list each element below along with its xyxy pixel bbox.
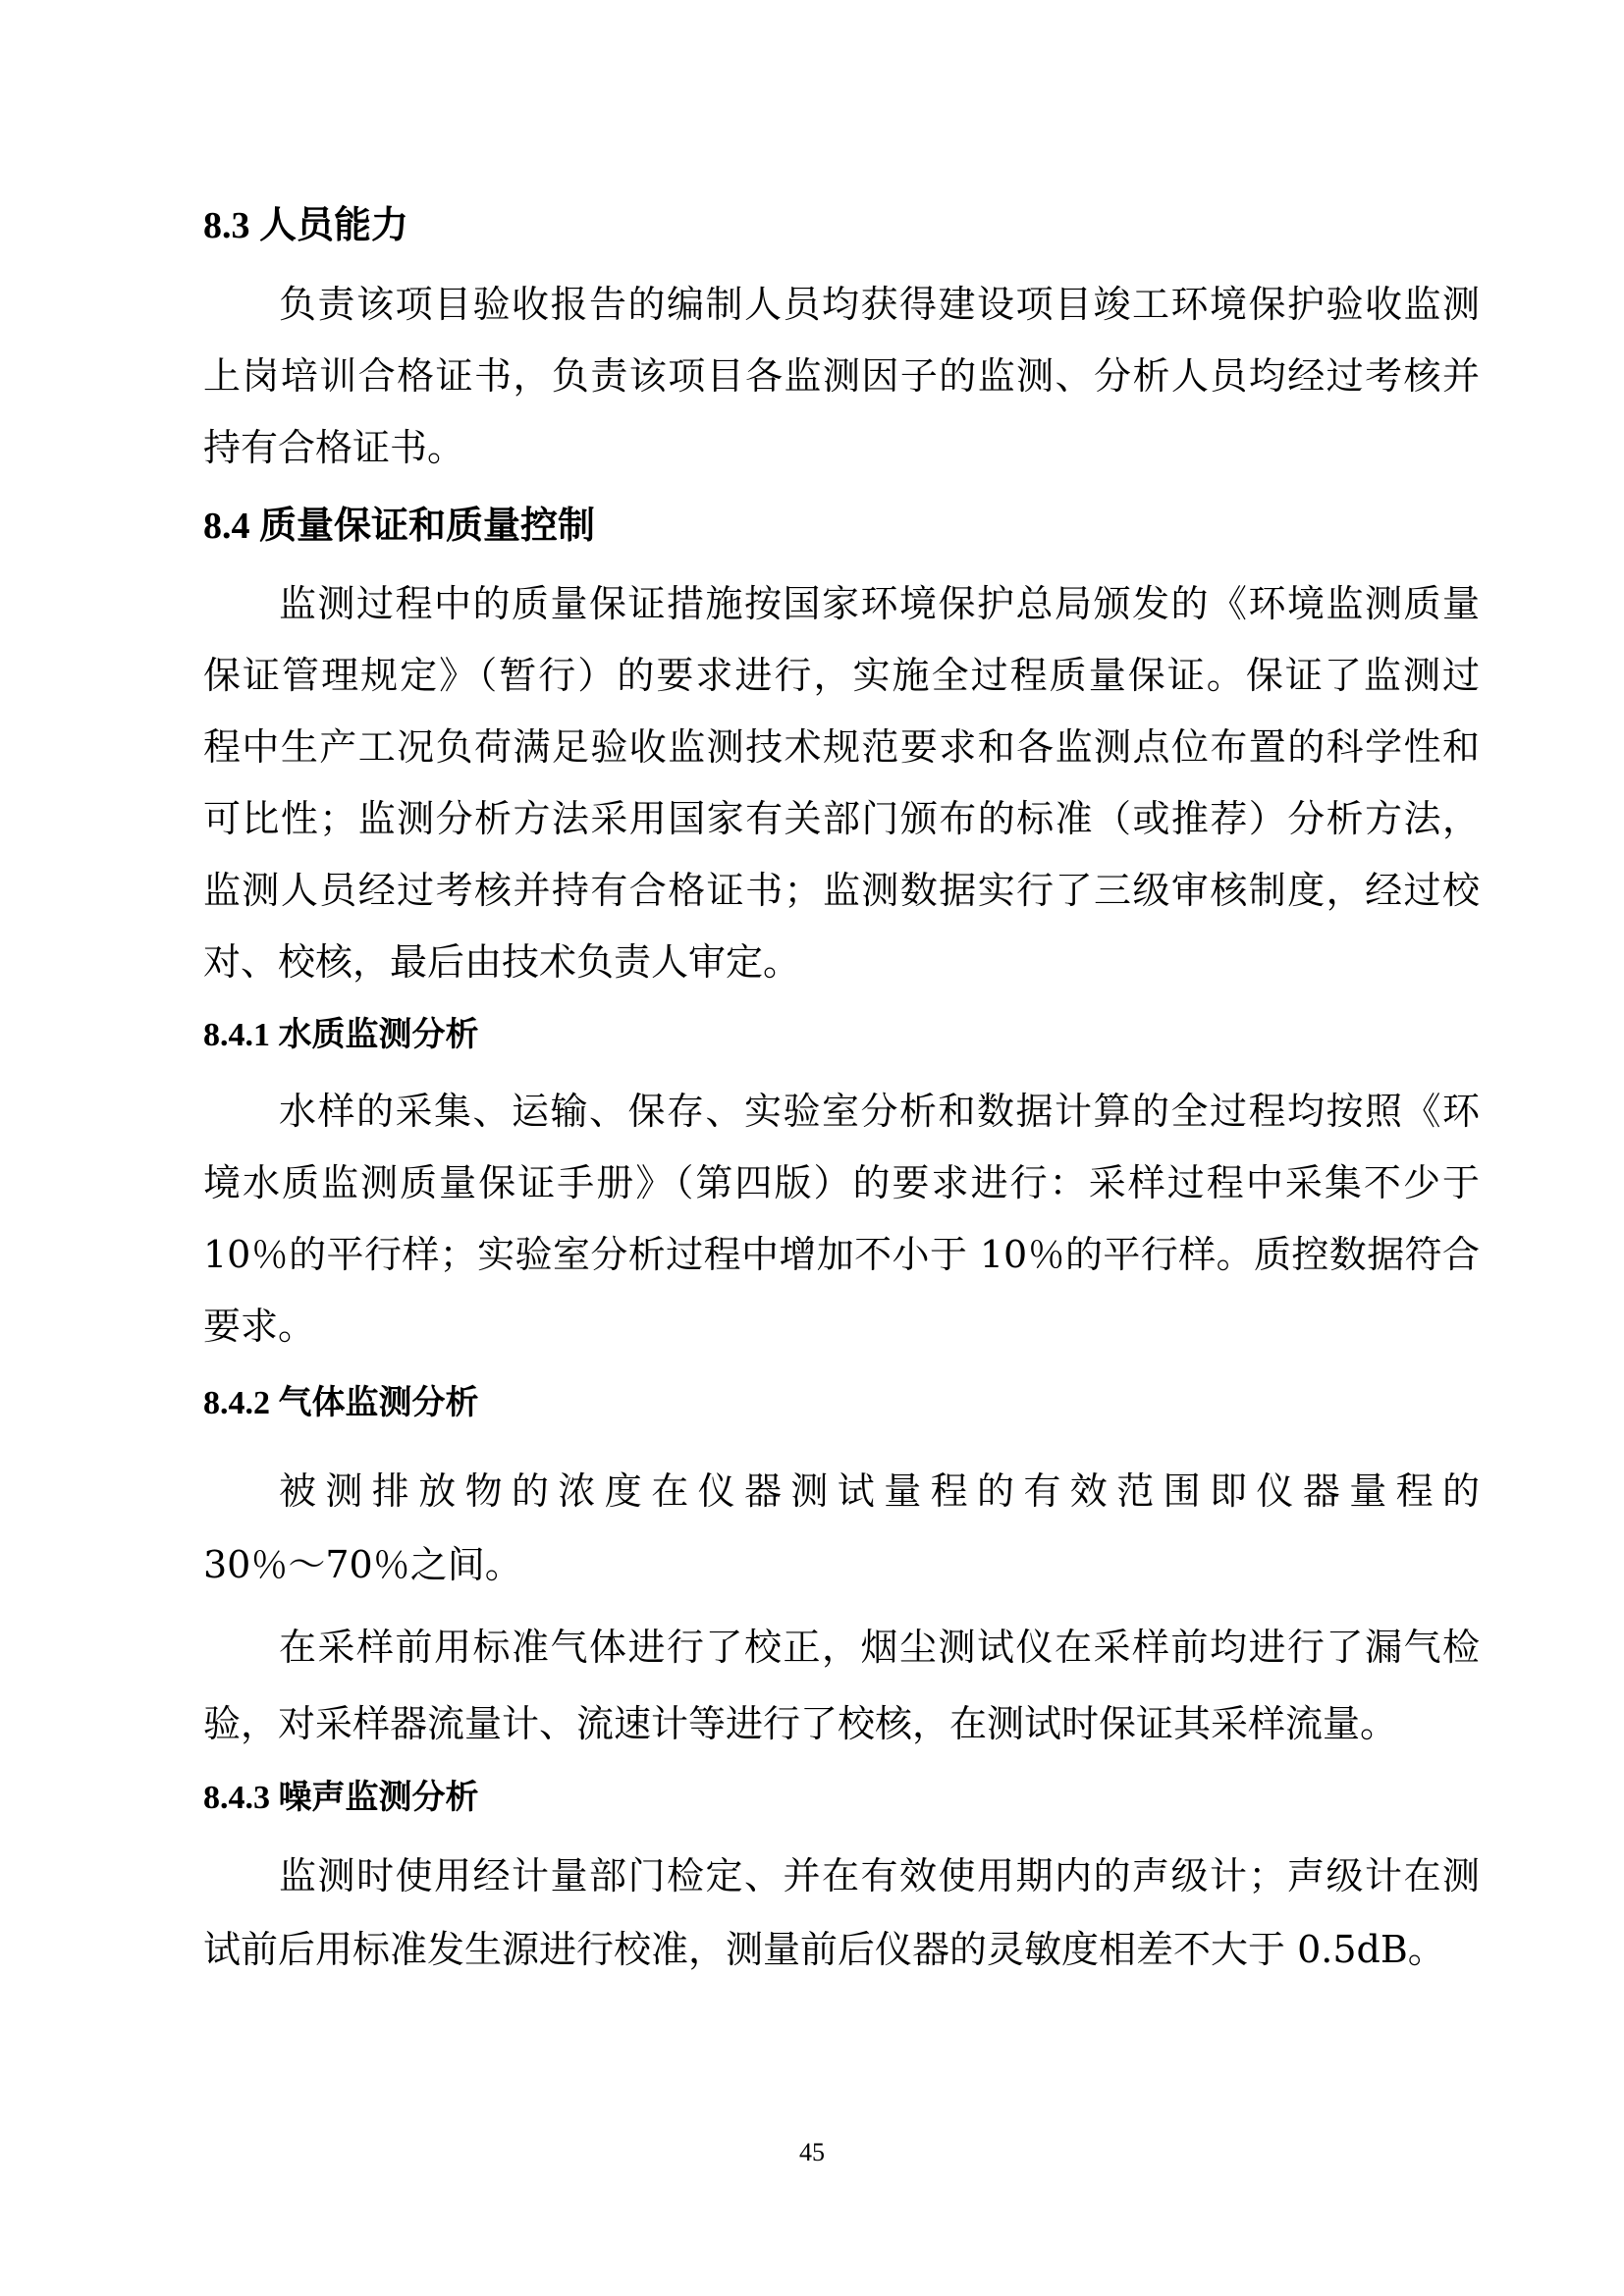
paragraph-line: 30％～70％之间。	[203, 1541, 1480, 1588]
section-heading-8-4-3: 8.4.3 噪声监测分析	[203, 1777, 479, 1820]
paragraph-line: 上岗培训合格证书，负责该项目各监测因子的监测、分析人员均经过考核并	[203, 352, 1480, 400]
section-heading-8-4: 8.4 质量保证和质量控制	[203, 503, 595, 550]
section-heading-8-3: 8.3 人员能力	[203, 202, 408, 249]
paragraph-line: 程中生产工况负荷满足验收监测技术规范要求和各监测点位布置的科学性和	[203, 723, 1480, 771]
section-heading-8-4-1: 8.4.1 水质监测分析	[203, 1014, 479, 1057]
paragraph-line: 监测人员经过考核并持有合格证书；监测数据实行了三级审核制度，经过校	[203, 867, 1480, 914]
paragraph-line: 在采样前用标准气体进行了校正，烟尘测试仪在采样前均进行了漏气检	[279, 1624, 1480, 1671]
paragraph-line: 10％的平行样；实验室分析过程中增加不小于 10％的平行样。质控数据符合	[203, 1231, 1480, 1278]
paragraph-line: 验，对采样器流量计、流速计等进行了校核，在测试时保证其采样流量。	[203, 1700, 1480, 1747]
page-number: 45	[0, 2138, 1624, 2167]
paragraph-line: 监测时使用经计量部门检定、并在有效使用期内的声级计；声级计在测	[279, 1852, 1480, 1899]
paragraph-line: 境水质监测质量保证手册》（第四版）的要求进行：采样过程中采集不少于	[203, 1159, 1480, 1206]
section-heading-8-4-2: 8.4.2 气体监测分析	[203, 1382, 479, 1425]
paragraph-line: 可比性；监测分析方法采用国家有关部门颁布的标准（或推荐）分析方法，	[203, 795, 1480, 842]
paragraph-line: 被测排放物的浓度在仪器测试量程的有效范围即仪器量程的	[279, 1468, 1480, 1515]
paragraph-line: 水样的采集、运输、保存、实验室分析和数据计算的全过程均按照《环	[279, 1088, 1480, 1135]
paragraph-line: 负责该项目验收报告的编制人员均获得建设项目竣工环境保护验收监测	[279, 281, 1480, 328]
paragraph-line: 要求。	[203, 1303, 1480, 1350]
document-page: 8.3 人员能力 负责该项目验收报告的编制人员均获得建设项目竣工环境保护验收监测…	[0, 0, 1624, 2296]
paragraph-line: 保证管理规定》（暂行）的要求进行，实施全过程质量保证。保证了监测过	[203, 652, 1480, 699]
paragraph-line: 监测过程中的质量保证措施按国家环境保护总局颁发的《环境监测质量	[279, 580, 1480, 627]
paragraph-line: 试前后用标准发生源进行校准，测量前后仪器的灵敏度相差不大于 0.5dB。	[203, 1926, 1480, 1973]
paragraph-line: 对、校核，最后由技术负责人审定。	[203, 938, 1480, 986]
paragraph-line: 持有合格证书。	[203, 424, 1480, 471]
